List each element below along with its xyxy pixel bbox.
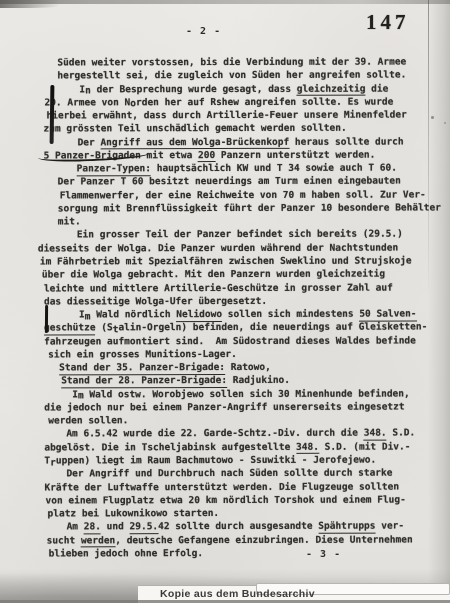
text-segment: 42 sollte durch ausgesandte [158, 521, 318, 532]
text-segment: T [44, 455, 50, 466]
scan-smudge-top-left [0, 0, 70, 8]
underlined-text: 348. [296, 441, 319, 454]
underlined-text: 28. [84, 522, 101, 535]
text-segment: uppen) liegt im Raum Bachmutowo - Ssuwit… [56, 455, 376, 467]
text-segment: hergestellt sei, die zugleich von Süden … [57, 70, 406, 82]
text-segment: ver- [375, 521, 404, 532]
text-segment: sollen sich mindestens [222, 309, 359, 320]
document-line: Ein grosser Teil der Panzer befindet sic… [45, 228, 450, 242]
text-segment: m [85, 311, 91, 322]
document-line: Der Angriff aus dem Wolga-Brückenkopf he… [46, 135, 450, 149]
text-segment: Am [67, 522, 84, 533]
scan-speck [431, 116, 434, 119]
document-line: Stand der 35. Panzer-Brigade: Ratowo, [45, 361, 450, 375]
text-segment: Flammenwerfer, der eine Reichweite von 7… [60, 189, 426, 201]
underlined-text: 29.5. [130, 521, 159, 534]
underlined-text: 50 Salven- [359, 309, 416, 322]
text-segment: n [85, 85, 91, 96]
document-line: hierbei erwähnt, dass durch Artillerie-F… [46, 108, 449, 122]
text-segment: Der [78, 137, 101, 148]
underlined-text: 348. [364, 428, 387, 441]
text-segment: Der Panzer T 60 besitzt neuerdings am Tu… [58, 176, 401, 188]
underlined-text: Spähtrupps [318, 521, 375, 534]
text-segment: und [101, 522, 130, 533]
text-segment: sorgung mit Brennflüssigkeit führt der P… [58, 202, 441, 214]
text-segment: I [79, 84, 85, 95]
document-line: über die Wolga gebracht. Mit den Panzern… [42, 268, 450, 282]
document-line: die jedoch nur bei einem Panzer-Angriff … [44, 400, 450, 414]
text-segment: fahrzeugen aufmontiert sind. Am Südostra… [44, 335, 416, 347]
document-line: sucht werden, deutsche Gefangene einzubr… [47, 533, 450, 547]
text-segment: leichte und mittlere Artillerie-Geschütz… [44, 282, 393, 294]
document-line: sorgung mit Brennflüssigkeit führt der P… [58, 201, 450, 215]
text-segment: blieben jedoch ohne Erfolg. [49, 548, 203, 559]
text-segment: t [113, 324, 119, 335]
document-line: Stand der 28. Panzer-Brigade: Radjukino. [47, 374, 450, 388]
document-line: sich ein grosses Munitions-Lager. [48, 347, 450, 361]
scanned-document-page: 147 - 2 - Süden weiter vorstossen, bis d… [0, 0, 450, 603]
text-segment: die [365, 83, 388, 94]
text-segment: I [79, 309, 85, 320]
text-segment: Wald nördlich [90, 309, 176, 320]
scan-speck [444, 122, 446, 124]
document-line: leichte und mittlere Artillerie-Geschütz… [44, 281, 450, 295]
document-line: Süden weiter vorstossen, bis die Verbind… [57, 55, 449, 69]
text-segment: rden her auf Rshew angreifen sollte. Es … [136, 96, 393, 108]
text-segment: Ratowo, [225, 362, 271, 373]
document-line: fahrzeugen aufmontiert sind. Am Südostra… [44, 334, 450, 348]
text-segment: 29. Armee von N [44, 97, 130, 108]
document-line: von einem Flugplatz etwa 20 km nördlich … [45, 493, 450, 507]
text-segment: über die Wolga gebracht. Mit den Panzern… [42, 269, 385, 281]
text-segment: platz bei Lukownikowo starten. [48, 508, 220, 519]
document-line: Truppen) liegt im Raum Bachmutowo - Ssuw… [44, 453, 450, 467]
text-segment: , deutsche Gefangene einzubringen. Diese… [115, 534, 412, 546]
underlined-text: Nelidowo [176, 309, 222, 322]
document-line: Im Wald nördlich Nelidowo sollen sich mi… [47, 307, 450, 321]
underlined-text: Angriff aus dem Wolga-Brückenkopf [100, 136, 289, 149]
text-segment: sich ein grosses Munitions-Lager. [48, 349, 237, 360]
document-line: Panzer-Typen: hauptsächlich KW und T 34 … [45, 162, 450, 176]
underlined-text: geschütze [44, 323, 96, 336]
text-segment: werden sollen. [48, 415, 128, 426]
text-segment: I [72, 389, 78, 400]
document-line: blieben jedoch ohne Erfolg. [49, 546, 450, 560]
text-segment: o [130, 99, 136, 110]
text-segment: Radjukino. [227, 375, 290, 386]
document-line: Der Panzer T 60 besitzt neuerdings am Tu… [58, 175, 450, 189]
text-segment: das diesseitige Wolga-Ufer übergesetzt. [44, 296, 267, 308]
underlined-text: 200 [198, 150, 215, 163]
document-line: das diesseitige Wolga-Ufer übergesetzt. [44, 294, 450, 308]
text-segment: abgelöst. Die in Tscheljabinsk aufgestel… [44, 442, 296, 454]
document-line: geschütze (Stalin-Orgeln) befinden, die … [44, 321, 450, 335]
document-line: Am 6.5.42 wurde die 22. Garde-Schtz.-Div… [34, 427, 450, 441]
text-segment: Der Angriff und Durchbruch nach Süden so… [66, 468, 392, 480]
document-line: mit. [58, 215, 450, 229]
document-line: zum grössten Teil unschädlich gemacht we… [44, 122, 450, 136]
document-line: Kräfte der Luftwaffe unterstützt werden.… [44, 480, 450, 494]
document-line: Am 28. und 29.5.42 sollte durch ausgesan… [35, 520, 450, 534]
document-line: diesseits der Wolga. Die Panzer wurden w… [38, 241, 450, 255]
archive-folio-stamp: 147 [366, 10, 410, 35]
text-segment: heraus sollte durch [289, 136, 403, 147]
text-segment: die jedoch nur bei einem Panzer-Angriff … [44, 401, 404, 413]
text-segment: Ein grosser Teil der Panzer befindet sic… [77, 229, 403, 241]
underlined-text: gleichzeitig [297, 83, 366, 96]
text-segment: diesseits der Wolga. Die Panzer wurden w… [38, 242, 398, 254]
document-line: 29. Armee von Norden her auf Rshew angre… [44, 95, 449, 109]
text-segment: von einem Flugplatz etwa 20 km nördlich … [45, 494, 405, 506]
page-number-bottom: - 3 - [306, 549, 341, 560]
text-segment: Am 6.5.42 wurde die 22. Garde-Schtz.-Div… [66, 428, 363, 440]
text-segment: im Fährbetrieb mit Spezialfähren zwische… [40, 255, 412, 267]
text-segment: hierbei erwähnt, dass durch Artillerie-F… [46, 110, 406, 122]
document-line: werden sollen. [48, 414, 450, 428]
margin-ink-mark [50, 85, 55, 144]
text-segment: mit. [58, 217, 81, 228]
text-segment: sucht [47, 535, 81, 546]
underlined-text: werden [81, 535, 115, 548]
archive-caption: Kopie aus dem Bundesarchiv [160, 588, 315, 600]
text-segment: Kräfte der Luftwaffe unterstützt werden.… [44, 481, 399, 493]
text-segment: S.D. [387, 428, 416, 439]
document-line: Der Angriff und Durchbruch nach Süden so… [34, 467, 450, 481]
text-segment: Panzern unterstützt werden. [215, 149, 375, 160]
underlined-text: Panzer-Typen: [77, 163, 151, 176]
margin-ink-mark [45, 305, 48, 333]
document-line: hergestellt sei, die zugleich von Süden … [57, 69, 449, 83]
document-line: platz bei Lukownikowo starten. [48, 506, 450, 520]
document-line: abgelöst. Die in Tscheljabinsk aufgestel… [44, 440, 450, 454]
text-segment: Wald ostw. Worobjewo sollen sich 30 Mine… [84, 388, 410, 400]
text-segment: Süden weiter vorstossen, bis die Verbind… [57, 57, 406, 69]
text-segment: (S [96, 323, 113, 334]
underlined-text: Stand der 28. Panzer-Brigade: [61, 375, 227, 388]
text-segment: der Besprechung wurde gesagt, dass [91, 83, 297, 95]
page-number-top: - 2 - [186, 26, 221, 37]
document-line: im Fährbetrieb mit Spezialfähren zwische… [40, 254, 450, 268]
document-body: Süden weiter vorstossen, bis die Verbind… [0, 55, 450, 560]
document-line: Im Wald ostw. Worobjewo sollen sich 30 M… [40, 387, 450, 401]
text-segment: alin-Orgeln) befinden, die neuerdings au… [118, 322, 427, 334]
underlined-text: Stand der 35. Panzer-Brigade: [59, 362, 225, 375]
text-segment: r [50, 457, 56, 468]
text-segment: hauptsächlich KW und T 34 sowie auch T 6… [151, 163, 397, 175]
text-segment: m [78, 391, 84, 402]
document-line: Flammenwerfer, der eine Reichweite von 7… [60, 188, 450, 202]
text-segment: S.D. (mit Div.- [319, 441, 411, 452]
document-line: In der Besprechung wurde gesagt, dass gl… [47, 82, 449, 96]
text-segment: zum grössten Teil unschädlich gemacht we… [44, 123, 347, 135]
